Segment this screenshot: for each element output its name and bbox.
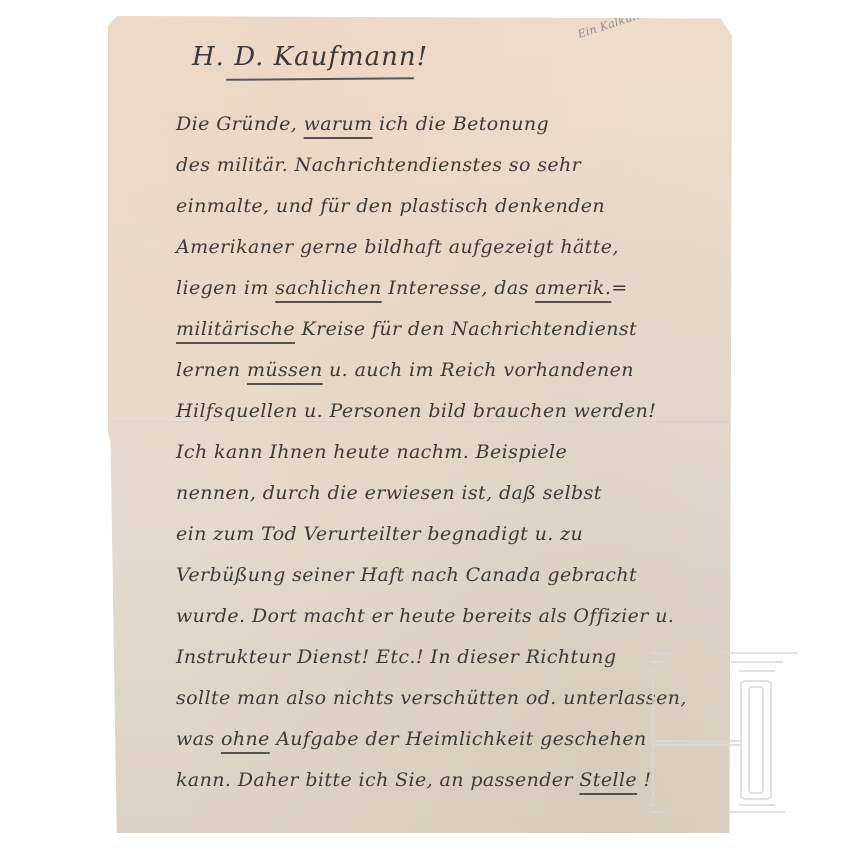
line-text: ! bbox=[637, 769, 651, 791]
line-text: lernen bbox=[176, 359, 247, 381]
letter-line: des militär. Nachrichtendienstes so sehr bbox=[176, 145, 736, 186]
letter-line: Hilfsquellen u. Personen bild brauchen w… bbox=[176, 391, 736, 432]
line-text: des militär. Nachrichtendienstes so sehr bbox=[176, 154, 581, 176]
line-text: Amerikaner gerne bildhaft aufgezeigt hät… bbox=[176, 236, 619, 258]
pencil-annotation: Ein Kalkulierung bbox=[576, 0, 674, 41]
letter-salutation: H. D. Kaufmann! bbox=[192, 42, 428, 72]
letter-line: einmalte, und für den plastisch denkende… bbox=[176, 186, 736, 227]
letter-line: was ohne Aufgabe der Heimlichkeit gesche… bbox=[176, 719, 736, 760]
salutation-underline bbox=[226, 77, 414, 81]
letter-paper: Ein Kalkulierung H. D. Kaufmann! Die Grü… bbox=[108, 16, 732, 833]
underlined-word: warum bbox=[304, 113, 373, 135]
line-text: was bbox=[176, 728, 221, 750]
letter-line: militärische Kreise für den Nachrichtend… bbox=[176, 309, 736, 350]
letter-line: Instrukteur Dienst! Etc.! In dieser Rich… bbox=[176, 637, 736, 678]
letter-line: Ich kann Ihnen heute nachm. Beispiele bbox=[176, 432, 736, 473]
letter-line: Die Gründe, warum ich die Betonung bbox=[176, 104, 736, 145]
underlined-word: amerik. bbox=[535, 277, 611, 299]
line-text: u. auch im Reich vorhandenen bbox=[323, 359, 634, 381]
line-text: Kreise für den Nachrichtendienst bbox=[295, 318, 637, 340]
line-text: Ich kann Ihnen heute nachm. Beispiele bbox=[176, 441, 567, 463]
line-text: einmalte, und für den plastisch denkende… bbox=[176, 195, 605, 217]
letter-line: Amerikaner gerne bildhaft aufgezeigt hät… bbox=[176, 227, 736, 268]
line-text: ich die Betonung bbox=[373, 113, 550, 135]
line-text: wurde. Dort macht er heute bereits als O… bbox=[176, 605, 674, 627]
letter-line: wurde. Dort macht er heute bereits als O… bbox=[176, 596, 736, 637]
line-text: Aufgabe der Heimlichkeit geschehen bbox=[270, 728, 647, 750]
line-text: liegen im bbox=[176, 277, 275, 299]
line-text: ein zum Tod Verurteilter begnadigt u. zu bbox=[176, 523, 583, 545]
letter-line: liegen im sachlichen Interesse, das amer… bbox=[176, 268, 736, 309]
letter-body: Die Gründe, warum ich die Betonungdes mi… bbox=[176, 104, 736, 801]
letter-line: sollte man also nichts verschütten od. u… bbox=[176, 678, 736, 719]
line-text: sollte man also nichts verschütten od. u… bbox=[176, 687, 687, 709]
line-text: kann. Daher bitte ich Sie, an passender bbox=[176, 769, 579, 791]
underlined-word: sachlichen bbox=[275, 277, 381, 299]
letter-line: Verbüßung seiner Haft nach Canada gebrac… bbox=[176, 555, 736, 596]
line-text: Instrukteur Dienst! Etc.! In dieser Rich… bbox=[176, 646, 616, 668]
letter-line: kann. Daher bitte ich Sie, an passender … bbox=[176, 760, 736, 801]
letter-line: lernen müssen u. auch im Reich vorhanden… bbox=[176, 350, 736, 391]
underlined-word: Stelle bbox=[579, 769, 637, 791]
line-text: = bbox=[611, 277, 627, 299]
underlined-word: ohne bbox=[221, 728, 270, 750]
line-text: nennen, durch die erwiesen ist, daß selb… bbox=[176, 482, 602, 504]
photo-stage: Ein Kalkulierung H. D. Kaufmann! Die Grü… bbox=[0, 0, 850, 850]
line-text: Verbüßung seiner Haft nach Canada gebrac… bbox=[176, 564, 637, 586]
line-text: Interesse, das bbox=[382, 277, 536, 299]
line-text: Die Gründe, bbox=[176, 113, 304, 135]
letter-line: ein zum Tod Verurteilter begnadigt u. zu bbox=[176, 514, 736, 555]
letter-line: nennen, durch die erwiesen ist, daß selb… bbox=[176, 473, 736, 514]
line-text: Hilfsquellen u. Personen bild brauchen w… bbox=[176, 400, 656, 422]
underlined-word: müssen bbox=[247, 359, 323, 381]
underlined-word: militärische bbox=[176, 318, 295, 340]
